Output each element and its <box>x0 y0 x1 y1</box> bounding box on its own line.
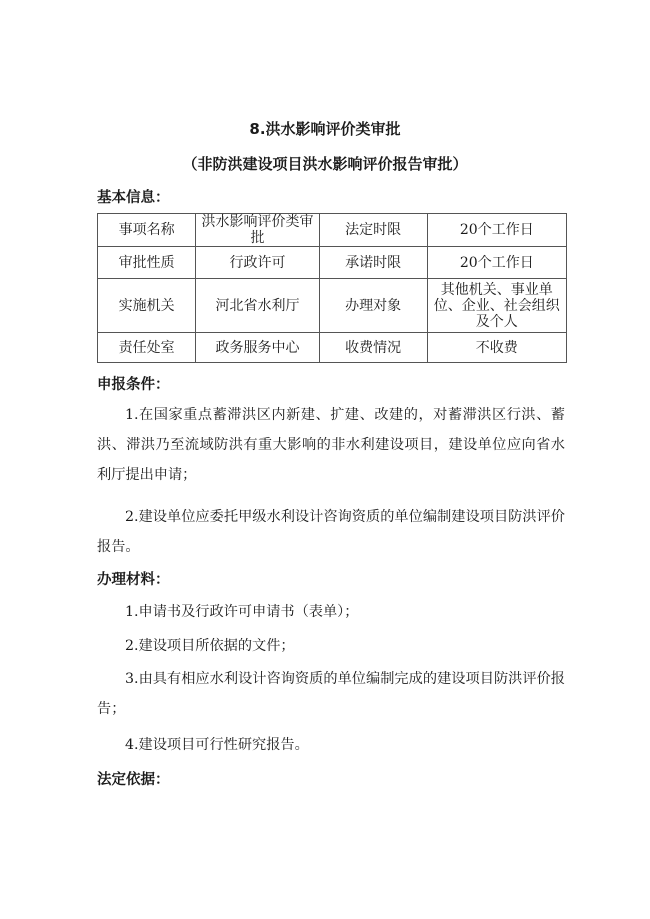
basic-info-heading: 基本信息： <box>97 186 170 207</box>
table-cell-value: 洪水影响评价类审批 <box>196 214 319 247</box>
table-cell-label: 审批性质 <box>98 247 196 279</box>
document-page: 8.洪水影响评价类审批 （非防洪建设项目洪水影响评价报告审批） 基本信息： 事项… <box>0 0 650 919</box>
materials-heading: 办理材料： <box>97 568 170 589</box>
table-cell-value: 20个工作日 <box>427 247 566 279</box>
table-cell-label: 法定时限 <box>319 214 427 247</box>
legal-basis-heading: 法定依据： <box>97 768 170 789</box>
table-cell-value: 河北省水利厅 <box>196 279 319 333</box>
table-row: 审批性质 行政许可 承诺时限 20个工作日 <box>98 247 567 279</box>
conditions-heading: 申报条件： <box>97 373 170 394</box>
basic-info-table: 事项名称 洪水影响评价类审批 法定时限 20个工作日 审批性质 行政许可 承诺时… <box>97 213 567 363</box>
material-item: 2.建设项目所依据的文件； <box>97 631 565 661</box>
table-cell-value: 其他机关、事业单位、企业、社会组织及个人 <box>427 279 566 333</box>
table-cell-label: 承诺时限 <box>319 247 427 279</box>
condition-item: 1.在国家重点蓄滞洪区内新建、扩建、改建的，对蓄滞洪区行洪、蓄洪、滞洪乃至流域防… <box>97 400 565 490</box>
table-cell-label: 办理对象 <box>319 279 427 333</box>
table-row: 责任处室 政务服务中心 收费情况 不收费 <box>98 333 567 363</box>
material-item: 4.建设项目可行性研究报告。 <box>97 730 565 760</box>
material-item: 3.由具有相应水利设计咨询资质的单位编制完成的建设项目防洪评价报告； <box>97 664 565 724</box>
table-row: 事项名称 洪水影响评价类审批 法定时限 20个工作日 <box>98 214 567 247</box>
table-cell-label: 实施机关 <box>98 279 196 333</box>
document-title: 8.洪水影响评价类审批 <box>0 118 650 139</box>
material-item: 1.申请书及行政许可申请书（表单）； <box>97 597 565 627</box>
table-row: 实施机关 河北省水利厅 办理对象 其他机关、事业单位、企业、社会组织及个人 <box>98 279 567 333</box>
document-subtitle: （非防洪建设项目洪水影响评价报告审批） <box>0 153 650 174</box>
table-cell-label: 事项名称 <box>98 214 196 247</box>
condition-item: 2.建设单位应委托甲级水利设计咨询资质的单位编制建设项目防洪评价报告。 <box>97 502 565 562</box>
table-cell-value: 20个工作日 <box>427 214 566 247</box>
table-cell-label: 收费情况 <box>319 333 427 363</box>
table-cell-value: 政务服务中心 <box>196 333 319 363</box>
table-cell-label: 责任处室 <box>98 333 196 363</box>
table-cell-value: 不收费 <box>427 333 566 363</box>
table-cell-value: 行政许可 <box>196 247 319 279</box>
